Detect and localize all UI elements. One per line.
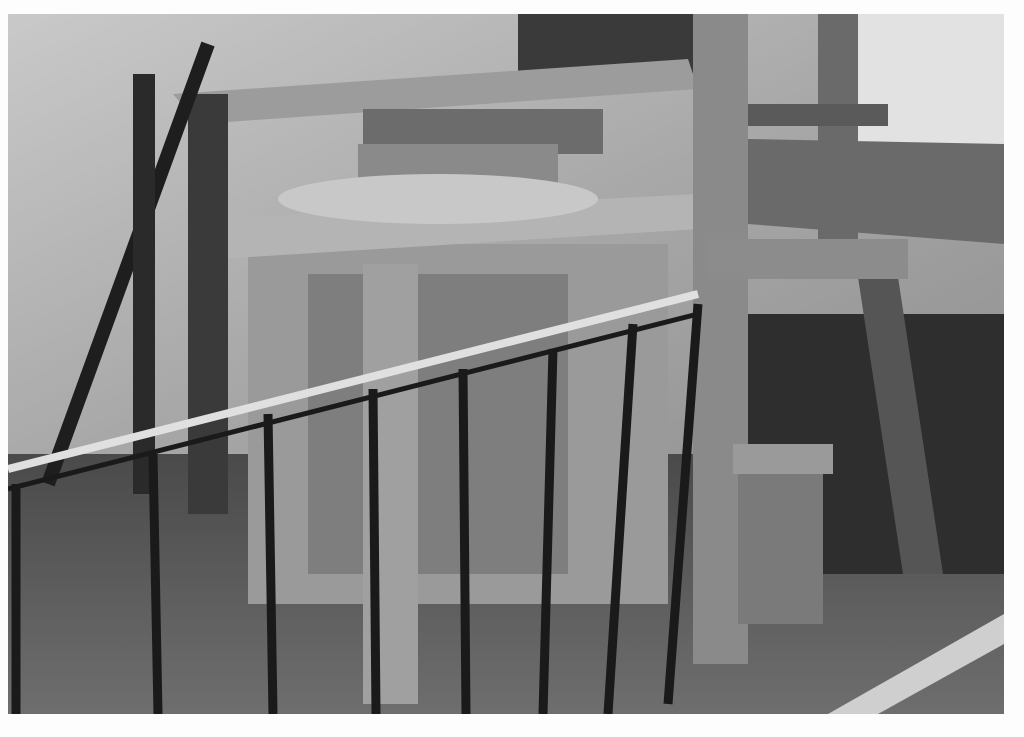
workshop-scene bbox=[8, 14, 1004, 714]
anvil bbox=[738, 454, 823, 624]
photograph bbox=[8, 14, 1004, 714]
